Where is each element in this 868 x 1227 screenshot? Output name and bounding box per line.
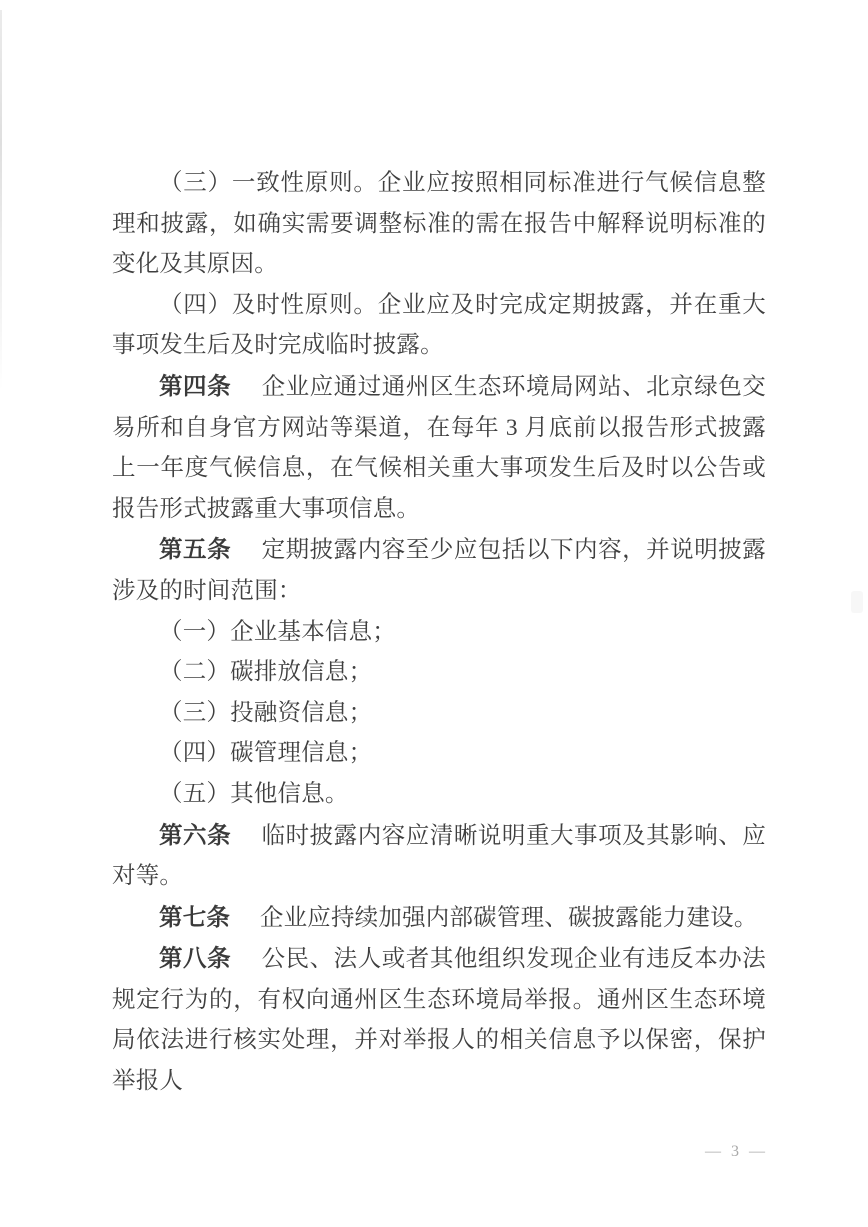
- list-item-text: （三）投融资信息；: [159, 700, 372, 726]
- list-item-3: （三）投融资信息；: [112, 693, 766, 734]
- document-body: （三）一致性原则。企业应按照相同标准进行气候信息整理和披露，如确实需要调整标准的…: [112, 163, 766, 1102]
- list-item-2: （二）碳排放信息；: [112, 652, 766, 693]
- scanned-document-page: （三）一致性原则。企业应按照相同标准进行气候信息整理和披露，如确实需要调整标准的…: [0, 0, 868, 1227]
- clause-3-consistency-principle: （三）一致性原则。企业应按照相同标准进行气候信息整理和披露，如确实需要调整标准的…: [112, 163, 766, 285]
- list-item-5: （五）其他信息。: [112, 774, 766, 815]
- article-5-paragraph: 第五条 定期披露内容至少应包括以下内容，并说明披露涉及的时间范围：: [112, 529, 766, 611]
- article-6-term: 第六条: [159, 822, 231, 848]
- article-5-term: 第五条: [159, 536, 231, 562]
- page-number: — 3 —: [705, 1142, 768, 1162]
- article-7-paragraph: 第七条 企业应持续加强内部碳管理、碳披露能力建设。: [112, 897, 766, 939]
- article-4-paragraph: 第四条 企业应通过通州区生态环境局网站、北京绿色交易所和自身官方网站等渠道，在每…: [112, 366, 766, 529]
- list-item-text: （五）其他信息。: [159, 781, 349, 807]
- article-7-term: 第七条: [159, 904, 230, 930]
- list-item-1: （一）企业基本信息；: [112, 612, 766, 653]
- paragraph-text: （三）一致性原则。企业应按照相同标准进行气候信息整理和披露，如确实需要调整标准的…: [112, 170, 766, 277]
- list-item-text: （四）碳管理信息；: [159, 740, 372, 766]
- article-6-paragraph: 第六条 临时披露内容应清晰说明重大事项及其影响、应对等。: [112, 815, 766, 897]
- article-8-paragraph: 第八条 公民、法人或者其他组织发现企业有违反本办法规定行为的，有权向通州区生态环…: [112, 938, 766, 1101]
- scan-edge-artifact: [0, 10, 2, 390]
- clause-4-timeliness-principle: （四）及时性原则。企业应及时完成定期披露，并在重大事项发生后及时完成临时披露。: [112, 285, 766, 366]
- paragraph-text: （四）及时性原则。企业应及时完成定期披露，并在重大事项发生后及时完成临时披露。: [112, 292, 766, 359]
- paragraph-text: 企业应持续加强内部碳管理、碳披露能力建设。: [236, 905, 757, 931]
- list-item-text: （二）碳排放信息；: [159, 659, 372, 685]
- scan-smudge-artifact: [851, 591, 863, 613]
- list-item-4: （四）碳管理信息；: [112, 733, 766, 774]
- article-4-term: 第四条: [159, 373, 231, 399]
- list-item-text: （一）企业基本信息；: [159, 619, 396, 645]
- article-8-term: 第八条: [159, 945, 231, 971]
